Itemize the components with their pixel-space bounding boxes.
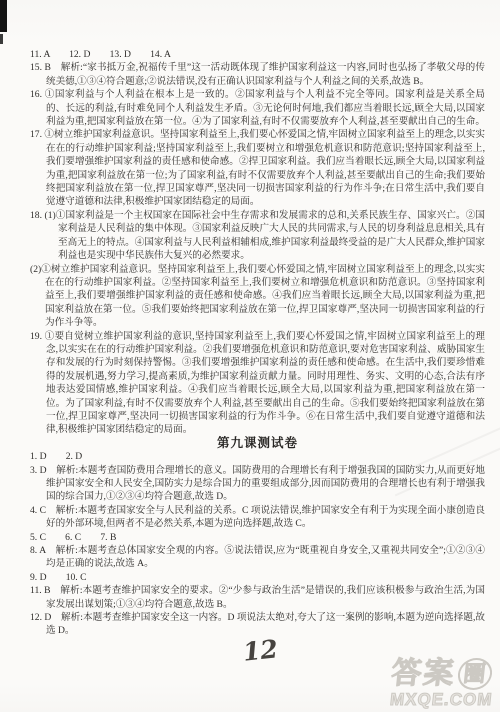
answer-circle-watermark-badge: 圈 [456,658,493,690]
handwritten-page-number: 12 [242,634,280,666]
scan-edge-artifact-small [0,34,3,44]
page-content: 11. A 12. D 13. D 14. A15. B 解析:“家书抵万金,祝… [30,48,485,638]
answer-item: 12. D 解析:本题考查维护国家安全这一内容。D 项说法太绝对,夸大了这一案例… [30,611,485,638]
answers-section-1: 11. A 12. D 13. D 14. A15. B 解析:“家书抵万金,祝… [30,48,485,437]
scanned-answer-page: 11. A 12. D 13. D 14. A15. B 解析:“家书抵万金,祝… [0,0,500,712]
watermark-cn-text: 答案 [389,657,456,690]
answer-item: 8. A 解析:本题考查总体国家安全观的内容。⑤说法错误,应为“既重视自身安全,… [30,544,485,571]
answer-item: 17. ①树立维护国家利益意识。坚持国家利益至上,我们要心怀爱国之情,牢固树立国… [30,128,485,208]
answer-item: 19. ①要自觉树立维护国家利益的意识,坚持国家利益至上,我们要心怀爱国之情,牢… [30,330,485,437]
answer-item: 11. B 解析:本题考查维护国家安全的要求。②“少参与政治生活”是错误的,我们… [30,584,485,611]
answer-item: 4. C 解析:本题考查国家安全与人民利益的关系。C 项说法错误,维护国家安全有… [30,504,485,531]
watermark-cn-line: 答案圈 [388,658,494,690]
answer-item: 1. D 2. D [30,450,485,463]
watermark-site-text: MXQE.COM [388,690,493,710]
answer-item: 18. (1)①国家利益是一个主权国家在国际社会中生存需求和发展需求的总和,关系… [30,209,485,263]
answer-item: 5. C 6. C 7. B [30,531,485,544]
answer-item: 9. D 10. C [30,571,485,584]
scan-edge-artifact [0,0,7,32]
answers-section-2: 1. D 2. D3. D 解析:本题考查国防费用合理增长的意义。国防费用的合理… [30,450,485,638]
answer-item: 3. D 解析:本题考查国防费用合理增长的意义。国防费用的合理增长有利于增强我国… [30,464,485,504]
answer-item: 11. A 12. D 13. D 14. A [30,48,485,61]
answer-item: 15. B 解析:“家书抵万金,祝福传千里”这一活动既体现了维护国家利益这一内容… [30,61,485,88]
answer-item: 16. ①国家利益与个人利益在根本上是一致的。②国家利益与个人利益不完全等同。国… [30,88,485,128]
answer-item: (2)①树立维护国家利益意识。坚持国家利益至上,我们要心怀爱国之情,牢固树立国家… [30,263,485,330]
section-heading: 第九课测试卷 [30,437,485,450]
watermark: 答案圈 MXQE.COM [390,658,492,710]
